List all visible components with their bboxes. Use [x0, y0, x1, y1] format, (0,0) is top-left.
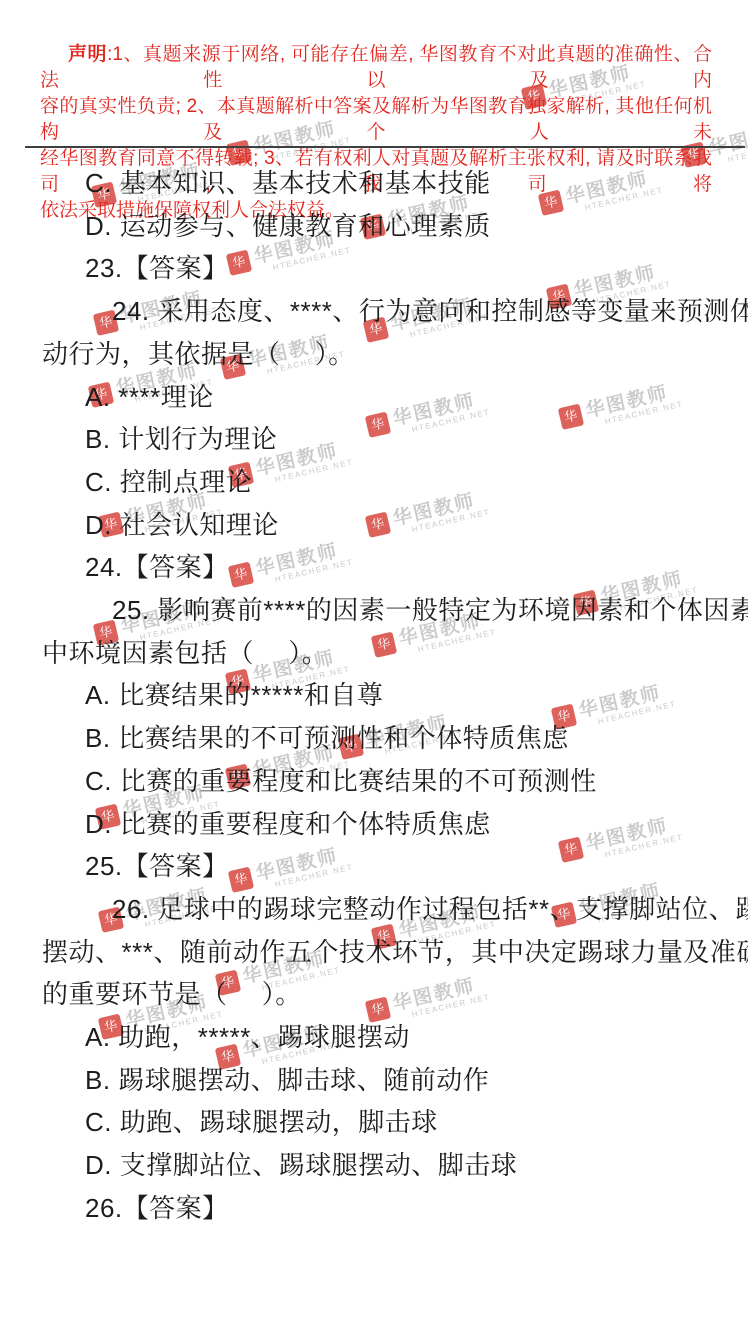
option-line: B. 计划行为理论: [85, 424, 277, 455]
option-line: A. 助跑，*****、踢球腿摆动: [85, 1022, 410, 1053]
answer-line: 26.【答案】: [85, 1193, 229, 1224]
option-line: C. 比赛的重要程度和比赛结果的不可预测性: [85, 766, 597, 797]
option-line: C. 控制点理论: [85, 467, 252, 498]
answer-line: 24.【答案】: [85, 552, 229, 583]
option-line: D. 支撑脚站位、踢球腿摆动、脚击球: [85, 1150, 517, 1181]
question-wrap-line: 摆动、***、随前动作五个技术环节，其中决定踢球力量及准确性: [42, 937, 748, 968]
option-line: C. 基本知识、基本技术和基本技能: [85, 168, 491, 199]
option-line: D. 比赛的重要程度和个体特质焦虑: [85, 809, 491, 840]
question-wrap-line: 中环境因素包括（ ）。: [42, 638, 328, 669]
document-page: 华华图教师HTEACHER.NET华华图教师HTEACHER.NET华华图教师H…: [0, 0, 748, 1335]
option-line: B. 踢球腿摆动、脚击球、随前动作: [85, 1065, 489, 1096]
answer-line: 23.【答案】: [85, 253, 229, 284]
option-line: B. 比赛结果的不可预测性和个体特质焦虑: [85, 723, 569, 754]
question-wrap-line: 的重要环节是（ ）。: [42, 979, 302, 1010]
option-line: D. 社会认知理论: [85, 510, 279, 541]
option-line: D. 运动参与、健康教育和心理素质: [85, 211, 491, 242]
option-line: C. 助跑、踢球腿摆动，脚击球: [85, 1107, 438, 1138]
answer-line: 25.【答案】: [85, 851, 229, 882]
question-line: 24. 采用态度、****、行为意向和控制感等变量来预测体育活: [112, 296, 748, 327]
option-line: A. 比赛结果的*****和自尊: [85, 680, 383, 711]
question-wrap-line: 动行为，其依据是（ ）。: [42, 339, 355, 370]
question-body: C. 基本知识、基本技术和基本技能D. 运动参与、健康教育和心理素质23.【答案…: [0, 0, 748, 1335]
question-line: 26. 足球中的踢球完整动作过程包括**、支撑脚站位、踢球腿: [112, 894, 748, 925]
option-line: A. ****理论: [85, 382, 214, 413]
question-line: 25. 影响赛前****的因素一般特定为环境因素和个体因素，其: [112, 595, 748, 626]
